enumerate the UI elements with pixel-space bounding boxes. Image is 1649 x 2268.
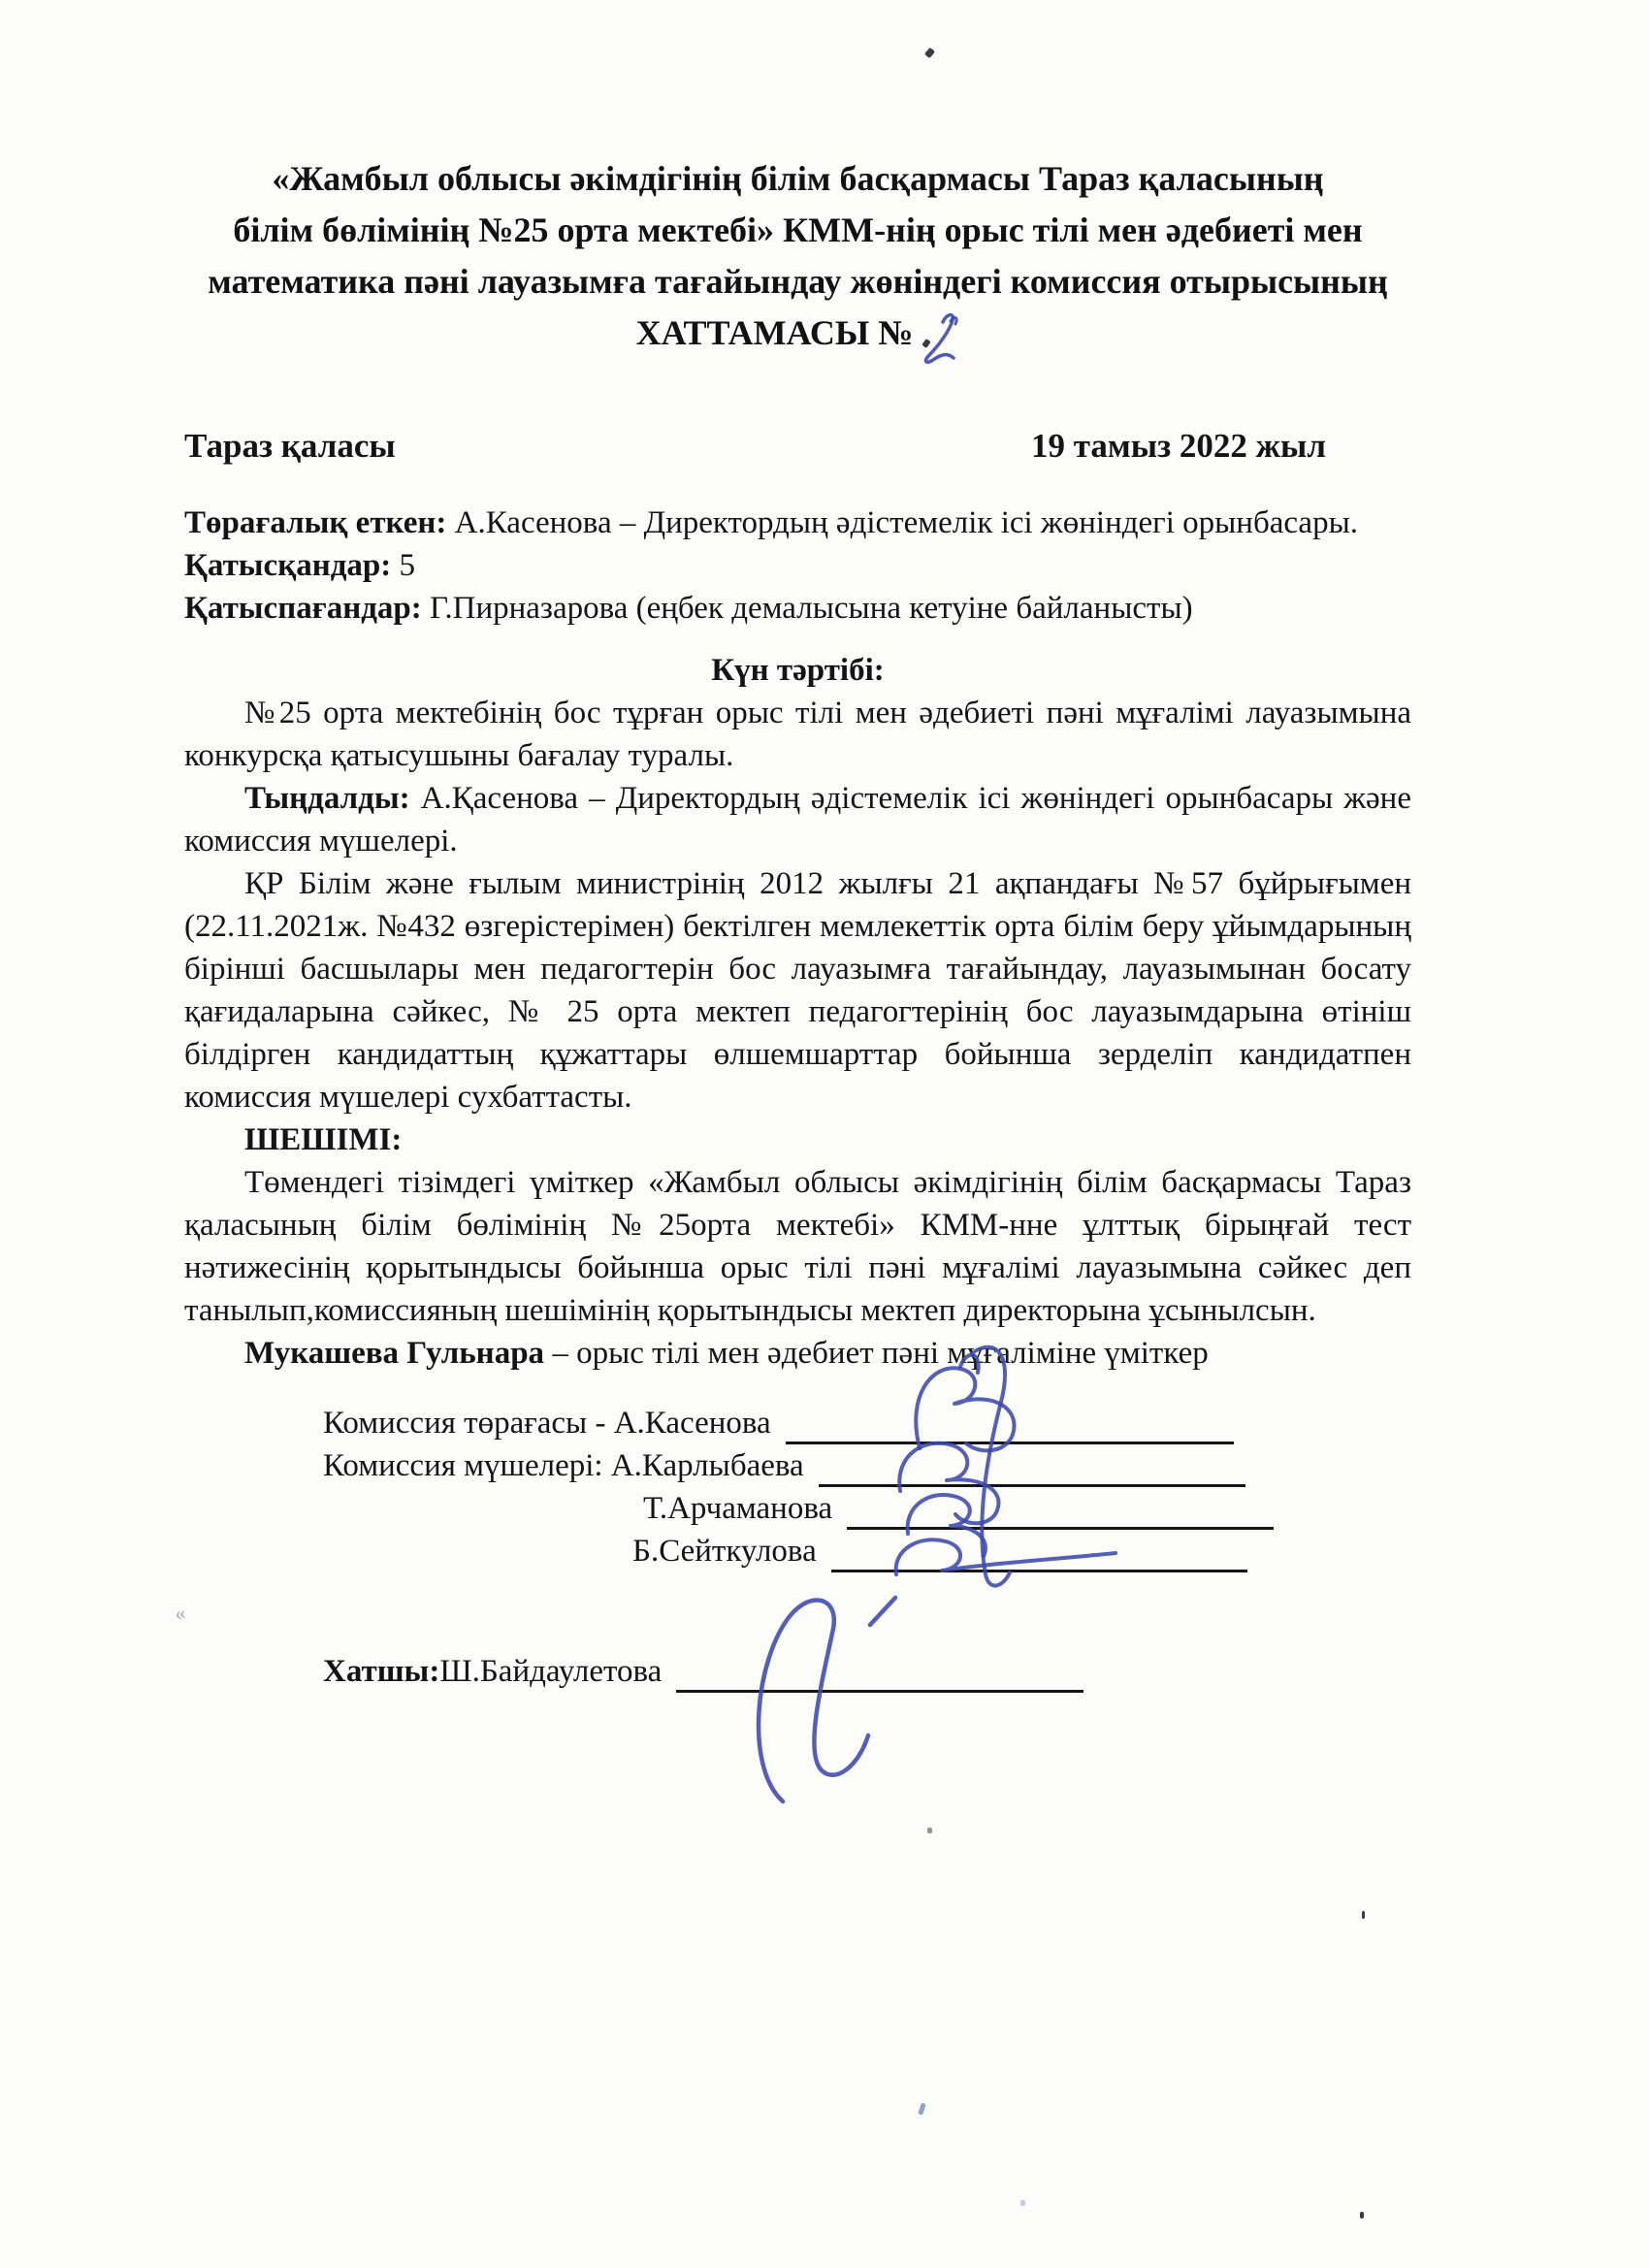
- city-date-row: Тараз қаласы 19 тамыз 2022 жыл: [184, 424, 1411, 469]
- signature-line: [819, 1484, 1245, 1487]
- protocol-number-line: ХАТТАМАСЫ №: [184, 308, 1411, 368]
- signature-row-chairman: Комиссия төрағасы - А.Касенова: [184, 1402, 1411, 1444]
- signature-block: Комиссия төрағасы - А.Касенова Комиссия …: [184, 1402, 1411, 1693]
- signature-line: [676, 1690, 1083, 1693]
- secretary-signature-ink: [723, 1576, 994, 1829]
- secretary-label: Хатшы:: [323, 1650, 439, 1693]
- attendees-text: 5: [391, 548, 415, 583]
- document-content: «Жамбыл облысы әкімдігінің білім басқарм…: [184, 153, 1411, 1693]
- signature-label-member-2: Т.Арчаманова: [643, 1487, 832, 1530]
- regulation-paragraph: ҚР Білім және ғылым министрінің 2012 жыл…: [184, 862, 1411, 1118]
- secretary-name: Ш.Байдаулетова: [439, 1650, 662, 1693]
- signature-row-member-2: Т.Арчаманова: [184, 1487, 1411, 1530]
- decision-paragraph: Төмендегі тізімдегі үміткер «Жамбыл облы…: [184, 1161, 1411, 1332]
- handwritten-protocol-number-ink: [915, 309, 959, 368]
- candidate-paragraph: Мукашева Гульнара – орыс тілі мен әдебие…: [184, 1332, 1411, 1375]
- signature-label-chairman: Комиссия төрағасы - А.Касенова: [323, 1402, 771, 1444]
- signature-line: [847, 1527, 1274, 1530]
- chaired-paragraph: Төрағалық еткен: А.Касенова – Директорды…: [184, 502, 1411, 544]
- secretary-row: Хатшы: Ш.Байдаулетова: [184, 1650, 1411, 1693]
- signature-label-member-3: Б.Сейткулова: [632, 1530, 817, 1572]
- title-line-3: математика пәні лауазымға тағайындау жөн…: [184, 256, 1411, 308]
- scan-artifact-dot: [924, 48, 935, 58]
- agenda-paragraph: №25 орта мектебінің бос тұрған орыс тілі…: [184, 692, 1411, 777]
- date-label: 19 тамыз 2022 жыл: [1031, 424, 1326, 469]
- scan-artifact-dot: [1360, 2212, 1364, 2219]
- agenda-heading: Күн тәртібі:: [184, 649, 1411, 692]
- signature-label-member-1: Комиссия мүшелері: А.Карлыбаева: [323, 1444, 804, 1487]
- signature-line: [786, 1442, 1234, 1444]
- protocol-label: ХАТТАМАСЫ №: [636, 308, 914, 359]
- decision-heading: ШЕШІМІ:: [184, 1118, 1411, 1161]
- scan-artifact-dot: [1362, 1911, 1365, 1919]
- document-title: «Жамбыл облысы әкімдігінің білім басқарм…: [184, 153, 1411, 368]
- signature-row-member-3: Б.Сейткулова: [184, 1530, 1411, 1572]
- scan-artifact-dot: [918, 2103, 925, 2116]
- chaired-label: Төрағалық еткен:: [184, 505, 446, 540]
- chaired-text: А.Касенова – Директордың әдістемелік ісі…: [446, 505, 1358, 540]
- heard-label: Тыңдалды:: [244, 781, 410, 816]
- absentees-text: Г.Пирназарова (еңбек демалысына кетуіне …: [422, 591, 1193, 626]
- candidate-name: Мукашева Гульнара: [244, 1336, 544, 1371]
- absentees-paragraph: Қатыспағандар: Г.Пирназарова (еңбек дема…: [184, 587, 1411, 630]
- scan-artifact-dot: [1020, 2200, 1025, 2206]
- absentees-label: Қатыспағандар:: [184, 591, 422, 626]
- title-line-2: білім бөлімінің №25 орта мектебі» КММ-ні…: [184, 205, 1411, 256]
- attendees-label: Қатысқандар:: [184, 548, 391, 583]
- scan-artifact-dot: [927, 1828, 932, 1833]
- signature-row-member-1: Комиссия мүшелері: А.Карлыбаева: [184, 1444, 1411, 1487]
- city-label: Тараз қаласы: [184, 424, 396, 469]
- scanned-protocol-page: «Жамбыл облысы әкімдігінің білім басқарм…: [0, 0, 1649, 2268]
- attendees-paragraph: Қатысқандар: 5: [184, 544, 1411, 587]
- title-line-1: «Жамбыл облысы әкімдігінің білім басқарм…: [184, 153, 1411, 205]
- heard-paragraph: Тыңдалды: А.Қасенова – Директордың әдіст…: [184, 777, 1411, 862]
- signature-line: [831, 1570, 1247, 1572]
- candidate-text: – орыс тілі мен әдебиет пәні мұғаліміне …: [544, 1336, 1209, 1371]
